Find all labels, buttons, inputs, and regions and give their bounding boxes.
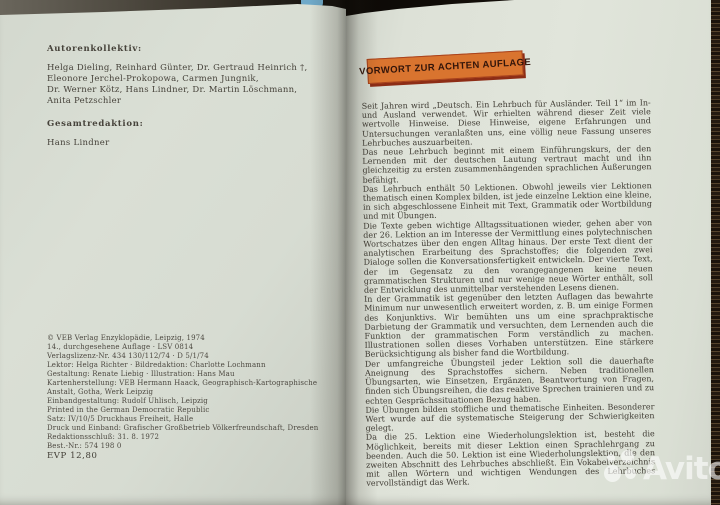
preface-paragraph: Seit Jahren wird „Deutsch. Ein Lehrbuch … <box>362 98 652 148</box>
colophon-line: Gestaltung: Renate Liebig · Illustration… <box>47 370 337 379</box>
preface-paragraph: Das neue Lehrbuch beginnt mit einem Einf… <box>362 144 651 184</box>
colophon-line: Druck und Einband: Grafischer Großbetrie… <box>47 424 337 433</box>
colophon-line: Redaktionsschluß: 31. 8. 1972 <box>47 433 337 442</box>
avito-watermark: Avito <box>604 450 720 488</box>
preface-banner-label: VORWORT ZUR ACHTEN AUFLAGE <box>359 57 531 78</box>
preface-paragraph: Die Texte geben wichtige Alltagssituatio… <box>363 218 653 295</box>
author-line: Eleonore Jerchel-Prokopowa, Carmen Jungn… <box>47 74 327 85</box>
preface-paragraph: Der umfangreiche Übungsteil jeder Lektio… <box>365 356 655 406</box>
colophon-line: Lektor: Helga Richter · Bildredaktion: C… <box>47 361 337 370</box>
editor-name: Hans Lindner <box>47 138 327 148</box>
author-line: Helga Dieling, Reinhard Günter, Dr. Gert… <box>47 63 327 74</box>
colophon-line: Kartenherstellung: VEB Hermann Haack, Ge… <box>47 379 337 388</box>
author-line: Dr. Werner Kötz, Hans Lindner, Dr. Marti… <box>47 85 327 96</box>
colophon-line: Anstalt, Gotha, Werk Leipzig <box>47 388 337 397</box>
left-page: Autorenkollektiv: Helga Dieling, Reinhar… <box>0 0 346 505</box>
editor-heading: Gesamtredaktion: <box>47 119 327 129</box>
preface-body: Seit Jahren wird „Deutsch. Ein Lehrbuch … <box>362 98 656 488</box>
book-photo: Autorenkollektiv: Helga Dieling, Reinhar… <box>0 0 720 505</box>
price-line: EVP 12,80 <box>47 452 337 461</box>
author-line: Anita Petzschler <box>47 96 327 107</box>
colophon-line: Verlagslizenz-Nr. 434 130/112/74 · D 5/1… <box>47 352 337 361</box>
colophon-line: Printed in the German Democratic Republi… <box>47 406 337 415</box>
colophon-line: © VEB Verlag Enzyklopädie, Leipzig, 1974 <box>47 334 337 343</box>
authors-heading: Autorenkollektiv: <box>47 44 327 54</box>
colophon-line: Satz: IV/10/5 Druckhaus Freiheit, Halle <box>47 415 337 424</box>
preface-paragraph: In der Grammatik ist gegenüber den letzt… <box>364 292 654 360</box>
colophon-line: Best.-Nr.: 574 198 0 <box>47 442 337 451</box>
avito-logo-icon <box>604 450 640 488</box>
page-edges <box>711 0 720 505</box>
preface-paragraph: Das Lehrbuch enthält 50 Lektionen. Obwoh… <box>363 181 652 221</box>
colophon-line: Einbandgestaltung: Rudolf Uhlisch, Leipz… <box>47 397 337 406</box>
preface-paragraph: Die Übungen bilden stoffliche und themat… <box>365 402 654 433</box>
authors-list: Helga Dieling, Reinhard Günter, Dr. Gert… <box>47 63 327 107</box>
colophon-block: © VEB Verlag Enzyklopädie, Leipzig, 1974… <box>47 334 337 461</box>
imprint-block: Autorenkollektiv: Helga Dieling, Reinhar… <box>47 44 327 148</box>
colophon-line: 14., durchgesehene Auflage · LSV 0814 <box>47 343 337 352</box>
avito-watermark-label: Avito <box>643 450 720 488</box>
